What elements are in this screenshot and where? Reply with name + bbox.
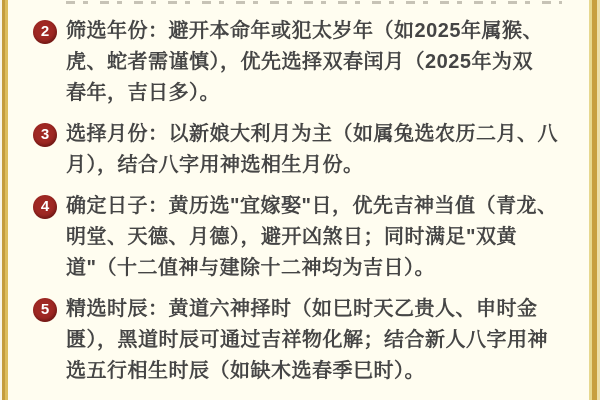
list-item: 4 确定日子：黄历选"宜嫁娶"日，优先吉神当值（青龙、 明堂、天德、月德），避开… [33, 191, 574, 284]
item-text-line: 选五行相生时辰（如缺木选春季巳时）。 [66, 356, 574, 387]
item-number-badge: 4 [33, 195, 57, 219]
item-text-line: 精选时辰：黄道六神择时（如巳时天乙贵人、申时金 [66, 294, 574, 325]
document-page: 2 筛选年份：避开本命年或犯太岁年（如2025年属猴、 虎、蛇者需谨慎），优先选… [0, 0, 600, 400]
list-item: 2 筛选年份：避开本命年或犯太岁年（如2025年属猴、 虎、蛇者需谨慎），优先选… [33, 16, 574, 109]
item-number-badge: 5 [33, 298, 57, 322]
item-text-line: 确定日子：黄历选"宜嫁娶"日，优先吉神当值（青龙、 [66, 191, 574, 222]
item-text: 选择月份：以新娘大利月为主（如属兔选农历二月、八 月），结合八字用神选相生月份。 [66, 119, 574, 181]
item-text-line: 明堂、天德、月德），避开凶煞日；同时满足"双黄 [66, 222, 574, 253]
list-item: 3 选择月份：以新娘大利月为主（如属兔选农历二月、八 月），结合八字用神选相生月… [33, 119, 574, 181]
item-text-line: 道"（十二值神与建除十二神均为吉日）。 [66, 253, 574, 284]
left-border-gold-light [5, 0, 8, 400]
item-number-badge: 3 [33, 123, 57, 147]
clipped-text-fragment [66, 0, 562, 6]
item-text-line: 匮），黑道时辰可通过吉祥物化解；结合新人八字用神 [66, 325, 574, 356]
item-text-line: 虎、蛇者需谨慎），优先选择双春闰月（2025年为双 [66, 47, 574, 78]
item-text: 确定日子：黄历选"宜嫁娶"日，优先吉神当值（青龙、 明堂、天德、月德），避开凶煞… [66, 191, 574, 284]
list-item: 5 精选时辰：黄道六神择时（如巳时天乙贵人、申时金 匮），黑道时辰可通过吉祥物化… [33, 294, 574, 387]
item-text-line: 春年，吉日多）。 [66, 78, 574, 109]
item-text: 筛选年份：避开本命年或犯太岁年（如2025年属猴、 虎、蛇者需谨慎），优先选择双… [66, 16, 574, 109]
item-text-line: 筛选年份：避开本命年或犯太岁年（如2025年属猴、 [66, 16, 574, 47]
item-text-line: 月），结合八字用神选相生月份。 [66, 150, 574, 181]
item-text: 精选时辰：黄道六神择时（如巳时天乙贵人、申时金 匮），黑道时辰可通过吉祥物化解；… [66, 294, 574, 387]
item-text-line: 选择月份：以新娘大利月为主（如属兔选农历二月、八 [66, 119, 574, 150]
item-number-badge: 2 [33, 20, 57, 44]
numbered-list: 2 筛选年份：避开本命年或犯太岁年（如2025年属猴、 虎、蛇者需谨慎），优先选… [33, 16, 574, 397]
